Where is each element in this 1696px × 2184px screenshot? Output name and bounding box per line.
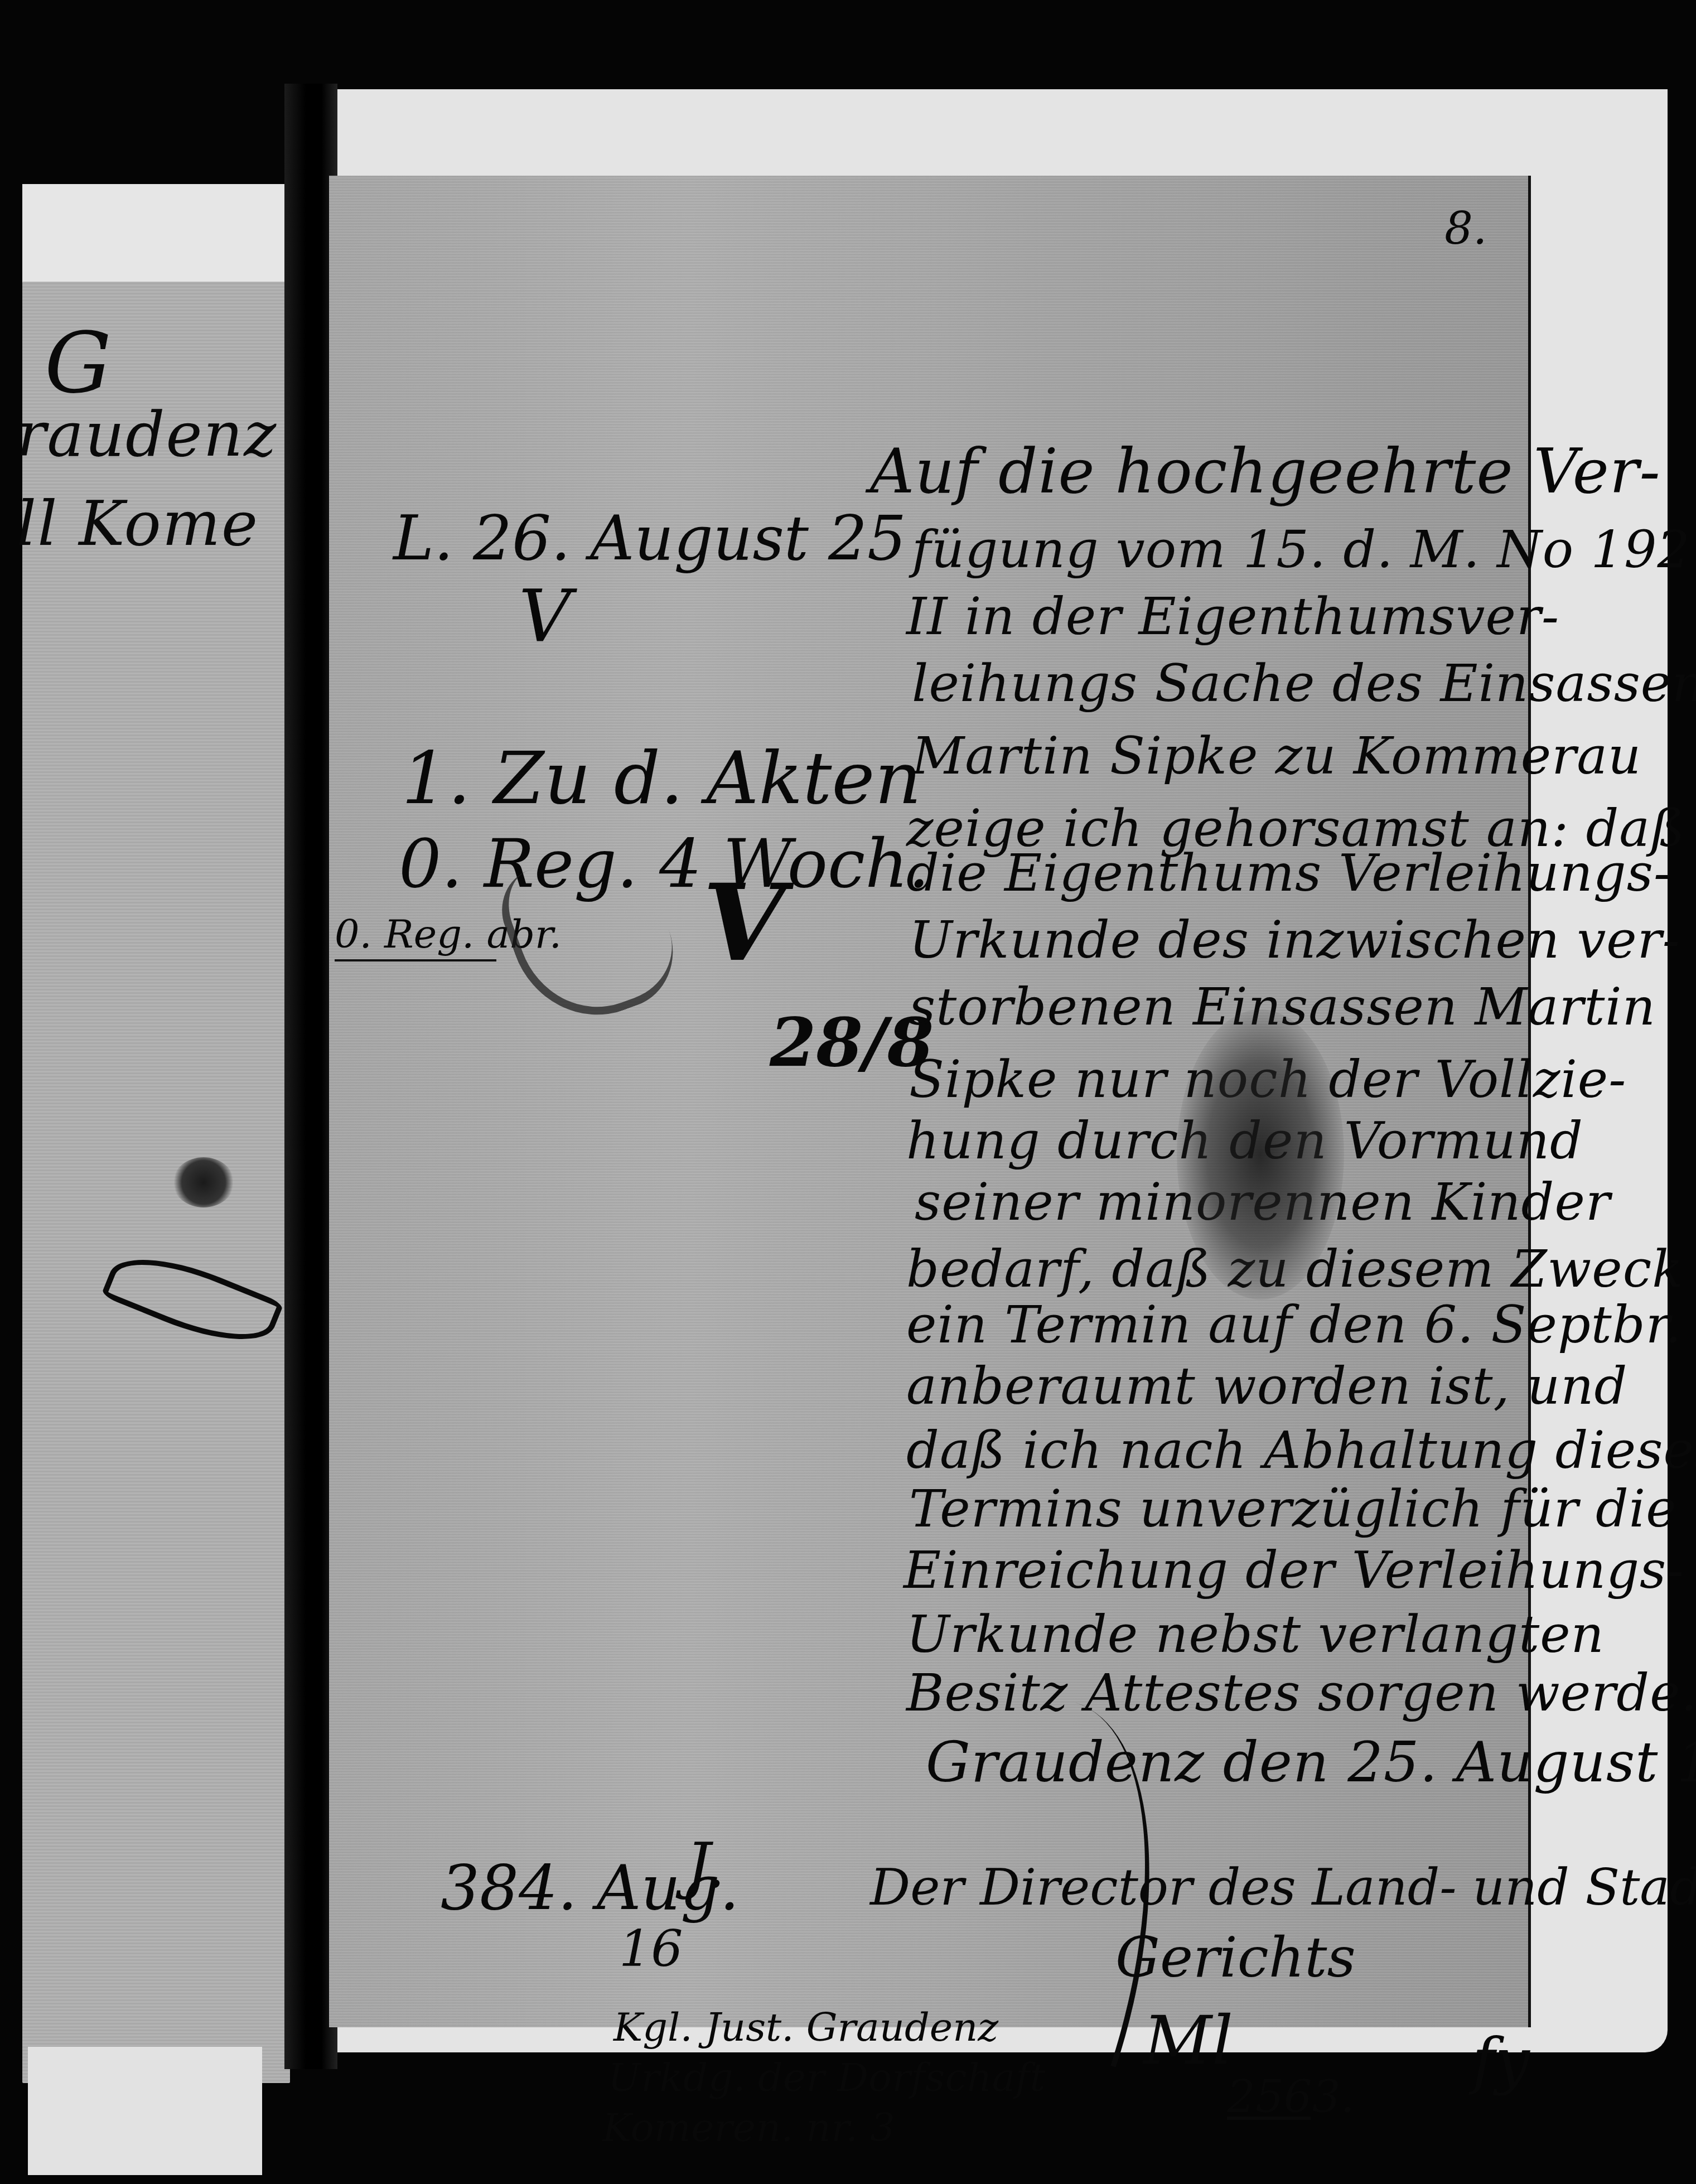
- body-line: Auf die hochgeehrte Ver-: [870, 441, 1661, 502]
- flourish-mark-icon: [101, 1239, 284, 1360]
- body-line: leihungs Sache des Einsassen: [912, 658, 1696, 709]
- footer-reference-2: J.: [686, 1835, 726, 1896]
- footer-address-line: Kgl. Just. Graudenz: [613, 2008, 998, 2047]
- footer-address-line: Urkdg. der Dorfschaft: [608, 2058, 1046, 2097]
- footer-address-line: Komeren. nr. 3: [602, 2108, 895, 2147]
- ink-smudge: [1177, 1009, 1344, 1299]
- signature-initials: Ml: [1143, 2008, 1233, 2075]
- footer-number-underline: [1227, 2117, 1311, 2120]
- footer-number: 2563.: [1227, 2075, 1355, 2119]
- body-line: die Eigenthums Verleihungs-: [906, 848, 1671, 899]
- margin-initials-mark: V: [703, 870, 785, 976]
- ink-blot-icon: [173, 1157, 234, 1207]
- left-strip-bottom-edge: [28, 2047, 262, 2175]
- strip-text-line: G: [45, 315, 113, 412]
- page-number: 8.: [1444, 206, 1487, 251]
- margin-mark-v: V: [519, 580, 571, 653]
- body-line: Termins unverzüglich für die: [909, 1484, 1677, 1535]
- strip-text-line: ll Kome: [17, 488, 259, 559]
- body-line: Einreichung der Verleihungs-: [903, 1545, 1684, 1596]
- body-line: anberaumt worden ist, und: [906, 1361, 1627, 1412]
- body-line: fügung vom 15. d. M. No 192: [912, 524, 1690, 576]
- body-line: Urkunde nebst verlangten: [906, 1609, 1605, 1660]
- body-line: Martin Sipke zu Kommerau: [912, 731, 1641, 782]
- document-scan: G raudenz G ll Kome 8. L. 26. August 25 …: [0, 0, 1696, 2184]
- left-folded-strip: G raudenz G ll Kome: [22, 282, 290, 2083]
- body-line: ein Termin auf den 6. Septbr. c.: [906, 1299, 1696, 1351]
- footer-reference-3: 16: [619, 1924, 683, 1974]
- signature-court: Gerichts: [1115, 1930, 1356, 1985]
- left-strip-top-edge: [22, 184, 290, 296]
- body-line: daß ich nach Abhaltung dieses: [906, 1425, 1696, 1476]
- body-closing-date: Graudenz den 25. August 1825.: [926, 1734, 1696, 1790]
- footer-corner-mark: fy: [1472, 2030, 1530, 2091]
- body-line: Urkunde des inzwischen ver-: [909, 915, 1680, 966]
- margin-date-line: L. 26. August 25: [393, 508, 906, 569]
- signature-title: Der Director des Land- und Stadt: [870, 1863, 1696, 1913]
- body-line: II in der Eigenthumsver-: [906, 591, 1559, 642]
- margin-rule: [335, 959, 496, 961]
- margin-item-2: 0. Reg. 4 Woch.: [399, 831, 930, 898]
- margin-item-1: 1. Zu d. Akten: [402, 742, 921, 814]
- body-line: Besitz Attestes sorgen werde.: [906, 1668, 1696, 1719]
